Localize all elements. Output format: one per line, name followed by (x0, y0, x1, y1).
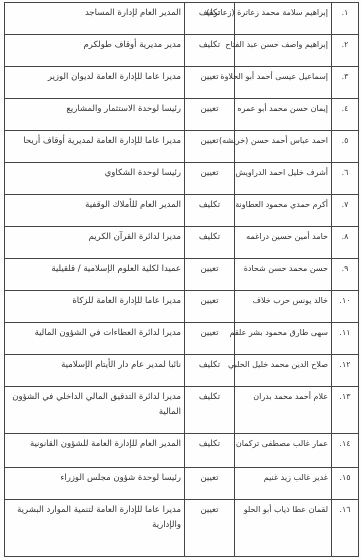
table-row: ١٤. عمار غالب مصطفى تركمان تكليف المدير … (5, 434, 359, 468)
appointment-type: تكليف (185, 227, 235, 259)
appointee-name: صلاح الدين محمد خليل الحلبي (235, 355, 332, 387)
table-row: ١٢. صلاح الدين محمد خليل الحلبي تكليف نا… (5, 355, 359, 387)
appointee-name: خالد يونس حرب خلاف (235, 291, 332, 323)
table-row: ٥. احمد عباس أحمد حسن (خريشه) تعيين مدير… (5, 131, 359, 163)
appointment-type: تعيين (185, 99, 235, 131)
table-row: ١٦. لقمان عطا ذياب أبو الحلو تعيين مديرا… (5, 500, 359, 557)
row-number: ١١. (332, 323, 359, 355)
appointment-type: تعيين (185, 500, 235, 557)
table-row: ٢. إبراهيم واصف حسن عبد الفتاح تكليف مدي… (5, 35, 359, 67)
position-title: عميدا لكلية العلوم الإسلامية / قلقيلية (5, 259, 185, 291)
row-number: ٩. (332, 259, 359, 291)
appointment-type: تكليف (185, 195, 235, 227)
appointment-type: تكليف (185, 434, 235, 468)
table-row: ١٠. خالد يونس حرب خلاف تعيين مديرا عاما … (5, 291, 359, 323)
position-title: مديرا عاما للإدارة العامة للزكاة (5, 291, 185, 323)
appointment-type: تكليف (185, 387, 235, 434)
row-number: ٥. (332, 131, 359, 163)
appointment-type: تعيين (185, 259, 235, 291)
appointee-name: أكرم حمدي محمود العطاونة (235, 195, 332, 227)
table-row: ١١. سهى طارق محمود بشر علقم تعيين مديرا … (5, 323, 359, 355)
position-title: رئيسا لوحدة الشكاوي (5, 163, 185, 195)
position-title: المدير العام للأملاك الوقفية (5, 195, 185, 227)
row-number: ١٤. (332, 434, 359, 468)
appointee-name: سهى طارق محمود بشر علقم (235, 323, 332, 355)
table-row: ٩. حسن محمد حسن شحادة تعيين عميدا لكلية … (5, 259, 359, 291)
row-number: ٨. (332, 227, 359, 259)
row-number: ٣. (332, 67, 359, 99)
appointee-name: علام أحمد محمد بدران (235, 387, 332, 434)
appointment-type: تعيين (185, 163, 235, 195)
appointee-name: احمد عباس أحمد حسن (خريشه) (235, 131, 332, 163)
position-title: مديرا عاما للإدارة العامة لتنمية الموارد… (5, 500, 185, 557)
row-number: ١٣. (332, 387, 359, 434)
position-title: مديرا عاما للإدارة العامة لديوان الوزير (5, 67, 185, 99)
position-title: مديرا عاما للإدارة العامة لمديرية أوقاف … (5, 131, 185, 163)
appointee-name: إبراهيم واصف حسن عبد الفتاح (235, 35, 332, 67)
appointee-name: إبراهيم سلامة محمد زعاترة (زعاترة) (235, 3, 332, 35)
appointee-name: أشرف خليل احمد الدراويش (235, 163, 332, 195)
table-row: ٣. إسماعيل عيسى أحمد أبو الحلاوة تعيين م… (5, 67, 359, 99)
table-row: ٧. أكرم حمدي محمود العطاونة تكليف المدير… (5, 195, 359, 227)
position-title: مديرا لدائرة التدقيق المالي الداخلي في ا… (5, 387, 185, 434)
table-row: ٦. أشرف خليل احمد الدراويش تعيين رئيسا ل… (5, 163, 359, 195)
appointment-type: تعيين (185, 323, 235, 355)
table-row: ١٣. علام أحمد محمد بدران تكليف مديرا لدا… (5, 387, 359, 434)
position-title: رئيسا لوحدة الاستثمار والمشاريع (5, 99, 185, 131)
row-number: ٧. (332, 195, 359, 227)
position-title: نائبا لمدير عام دار الأيتام الإسلامية (5, 355, 185, 387)
appointee-name: حامد أمين حسين دراغمه (235, 227, 332, 259)
row-number: ٦. (332, 163, 359, 195)
appointee-name: حسن محمد حسن شحادة (235, 259, 332, 291)
appointment-type: تكليف (185, 355, 235, 387)
scanned-document-page: ١. إبراهيم سلامة محمد زعاترة (زعاترة) تك… (0, 0, 362, 558)
position-title: مديرا لدائرة العطاءات في الشؤون المالية (5, 323, 185, 355)
table-row: ٤. إيمان حسن محمد أبو عمره تعيين رئيسا ل… (5, 99, 359, 131)
table-row: ١٥. غدير غالب زيد غنيم تعيين رئيسا لوحدة… (5, 468, 359, 500)
row-number: ١٢. (332, 355, 359, 387)
appointee-name: لقمان عطا ذياب أبو الحلو (235, 500, 332, 557)
appointments-table-body: ١. إبراهيم سلامة محمد زعاترة (زعاترة) تك… (5, 3, 359, 557)
appointee-name: إسماعيل عيسى أحمد أبو الحلاوة (235, 67, 332, 99)
table-row: ٨. حامد أمين حسين دراغمه تكليف مديرا لدا… (5, 227, 359, 259)
appointment-type: تعيين (185, 468, 235, 500)
appointments-table: ١. إبراهيم سلامة محمد زعاترة (زعاترة) تك… (4, 2, 359, 557)
position-title: رئيسا لوحدة شؤون مجلس الوزراء (5, 468, 185, 500)
appointee-name: عمار غالب مصطفى تركمان (235, 434, 332, 468)
appointee-name: غدير غالب زيد غنيم (235, 468, 332, 500)
row-number: ٢. (332, 35, 359, 67)
row-number: ١٥. (332, 468, 359, 500)
position-title: مدير مديرية أوقاف طولكرم (5, 35, 185, 67)
position-title: مديرا لدائرة القرآن الكريم (5, 227, 185, 259)
table-row: ١. إبراهيم سلامة محمد زعاترة (زعاترة) تك… (5, 3, 359, 35)
document-page: { "document": { "language": "ar", "descr… (0, 0, 362, 558)
row-number: ٤. (332, 99, 359, 131)
row-number: ١٠. (332, 291, 359, 323)
position-title: المدير العام للإدارة العامة للشؤون القان… (5, 434, 185, 468)
position-title: المدير العام لإدارة المساجد (5, 3, 185, 35)
row-number: ١. (332, 3, 359, 35)
appointee-name: إيمان حسن محمد أبو عمره (235, 99, 332, 131)
appointment-type: تعيين (185, 291, 235, 323)
row-number: ١٦. (332, 500, 359, 557)
